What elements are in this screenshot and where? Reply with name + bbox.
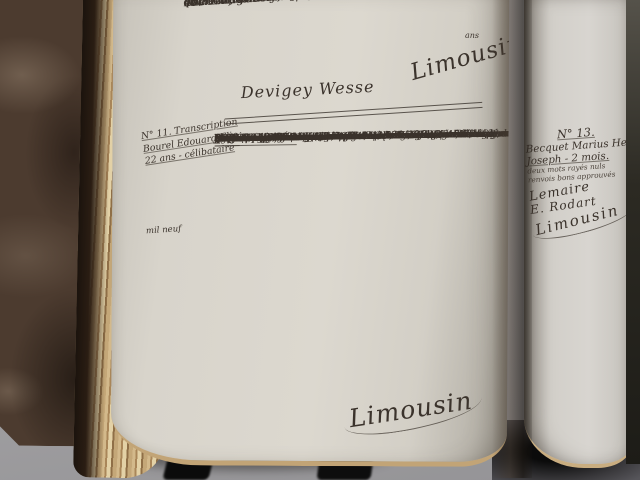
handwriting-segment: Élie Limousin [183, 0, 264, 10]
right-page: N° 13. Becquet Marius Henri Joseph - 2 m… [524, 0, 632, 468]
register-photo: déclaration de Joseph Devigne, soixante-… [0, 0, 640, 480]
inserted-word: ans [465, 31, 479, 40]
handwriting-segment: Limousin, Maire de Quesques. [215, 131, 367, 146]
margin-note-right: N° 13. Becquet Marius Henri Joseph - 2 m… [524, 123, 632, 237]
book-edge-right [626, 0, 640, 464]
signature-mayor: Limousin [341, 384, 485, 440]
book-gutter-shadow [492, 0, 532, 478]
handwriting-segment: Quesques [301, 0, 359, 3]
signature-witnesses: Devigey Wesse [240, 77, 375, 102]
margin-carry-word: mil neuf [146, 224, 182, 236]
left-page: déclaration de Joseph Devigne, soixante-… [111, 0, 509, 467]
